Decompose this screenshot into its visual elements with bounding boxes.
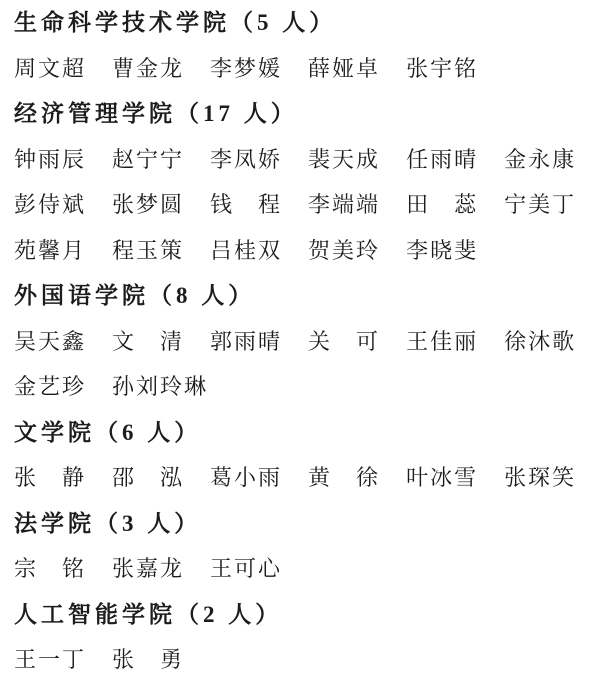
person-name: 苑馨月 [14,228,86,274]
person-name: 关 可 [308,319,380,365]
person-name: 金永康 [504,137,576,183]
person-name: 张琛笑 [504,455,576,501]
person-name: 张 勇 [112,637,184,683]
person-name: 葛小雨 [210,455,282,501]
person-name: 张宇铭 [406,46,478,92]
name-row: 钟雨辰赵宁宁李凤娇裴天成任雨晴金永康 [14,137,592,183]
person-name: 程玉策 [112,228,184,274]
section-header: 经济管理学院（17 人） [14,91,592,137]
person-name: 田 蕊 [406,182,478,228]
section-header: 生命科学技术学院（5 人） [14,0,592,46]
person-name: 贺美玲 [308,228,380,274]
name-row: 苑馨月程玉策吕桂双贺美玲李晓斐 [14,228,592,274]
person-name: 宗 铭 [14,546,86,592]
person-name: 薛娅卓 [308,46,380,92]
person-name: 钱 程 [210,182,282,228]
person-name: 李梦媛 [210,46,282,92]
person-name: 彭侍斌 [14,182,86,228]
person-name: 王一丁 [14,637,86,683]
document-page: 生命科学技术学院（5 人）周文超曹金龙李梦媛薛娅卓张宇铭经济管理学院（17 人）… [0,0,600,683]
person-name: 李晓斐 [406,228,478,274]
person-name: 赵宁宁 [112,137,184,183]
person-name: 宁美丁 [504,182,576,228]
document-content: 生命科学技术学院（5 人）周文超曹金龙李梦媛薛娅卓张宇铭经济管理学院（17 人）… [14,0,592,683]
person-name: 曹金龙 [112,46,184,92]
name-row: 金艺珍孙刘玲琳 [14,364,592,410]
person-name: 黄 徐 [308,455,380,501]
name-row: 张 静邵 泓葛小雨黄 徐叶冰雪张琛笑 [14,455,592,501]
section-header: 文学院（6 人） [14,410,592,456]
person-name: 张 静 [14,455,86,501]
person-name: 李凤娇 [210,137,282,183]
person-name: 王佳丽 [406,319,478,365]
person-name: 郭雨晴 [210,319,282,365]
name-row: 周文超曹金龙李梦媛薛娅卓张宇铭 [14,46,592,92]
name-row: 王一丁张 勇 [14,637,592,683]
person-name: 任雨晴 [406,137,478,183]
section-header: 法学院（3 人） [14,501,592,547]
name-row: 彭侍斌张梦圆钱 程李端端田 蕊宁美丁 [14,182,592,228]
person-name: 叶冰雪 [406,455,478,501]
person-name: 徐沐歌 [504,319,576,365]
person-name: 金艺珍 [14,364,86,410]
section-header: 外国语学院（8 人） [14,273,592,319]
person-name: 邵 泓 [112,455,184,501]
name-row: 宗 铭张嘉龙王可心 [14,546,592,592]
name-row: 吴天鑫文 清郭雨晴关 可王佳丽徐沐歌 [14,319,592,365]
person-name: 周文超 [14,46,86,92]
person-name: 孙刘玲琳 [112,364,208,410]
section-header: 人工智能学院（2 人） [14,592,592,638]
person-name: 王可心 [210,546,282,592]
person-name: 吕桂双 [210,228,282,274]
person-name: 文 清 [112,319,184,365]
person-name: 钟雨辰 [14,137,86,183]
person-name: 李端端 [308,182,380,228]
person-name: 裴天成 [308,137,380,183]
person-name: 张嘉龙 [112,546,184,592]
person-name: 张梦圆 [112,182,184,228]
person-name: 吴天鑫 [14,319,86,365]
